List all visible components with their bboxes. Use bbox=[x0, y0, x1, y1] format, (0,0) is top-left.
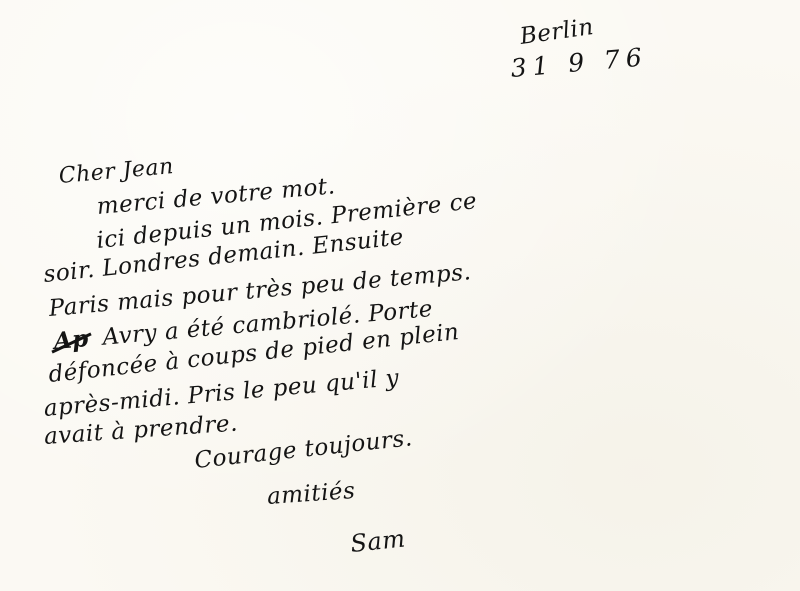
letter-regards: amitiés bbox=[266, 478, 356, 510]
letter-salutation: Cher Jean bbox=[58, 154, 175, 189]
letter-place: Berlin bbox=[518, 14, 595, 50]
letter-signature: Sam bbox=[349, 524, 407, 558]
letter-paper: Berlin 31 9 76 Cher Jean merci de votre … bbox=[0, 0, 800, 591]
struck-out-word: Ap bbox=[53, 325, 90, 355]
